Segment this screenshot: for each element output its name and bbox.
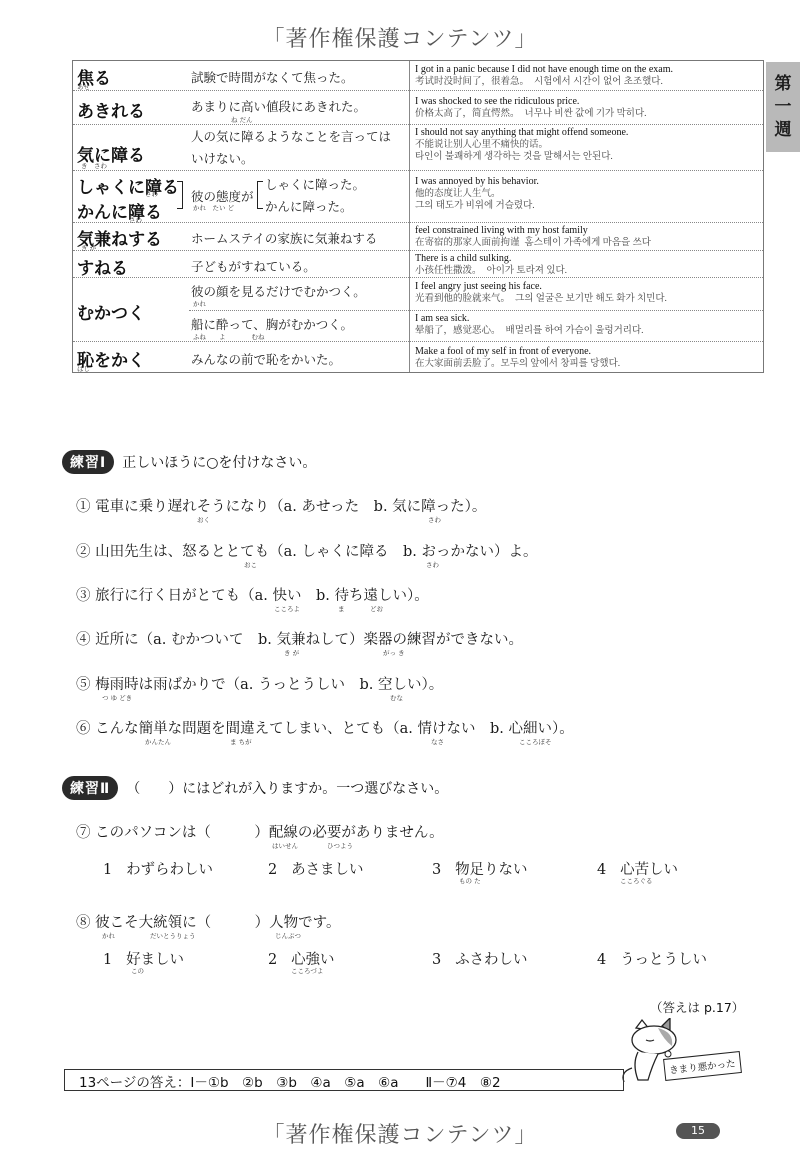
vocab-example-line1: 人の気に障るようなことを言っては (191, 127, 391, 145)
vocab-example: ホームステイの家族に気兼ねする (191, 229, 377, 247)
exercise2-header: 練習Ⅱ （ ）にはどれが入りますか。一つ選びなさい。 (62, 776, 448, 800)
vocab-row: 気に障る き さわ 人の気に障るようなことを言っては いけない。 I shoul… (73, 125, 763, 171)
vocab-row: むかつく 彼の顔を見るだけでむかつく。 かれ I feel angry just… (73, 278, 763, 342)
exercise1-instruction: 正しいほうに○を付けなさい。 (122, 452, 316, 472)
vocab-translation: I should not say anything that might off… (415, 127, 628, 163)
week-tab: 第 一 週 (766, 62, 800, 152)
vocab-translation: I am sea sick. 晕船了，感觉恶心。 배멀리를 하여 가슴이 울렁거… (415, 313, 644, 337)
translation-ko: 너무나 비싼 값에 기가 막히다. (525, 109, 647, 119)
ruby: がっ き (383, 648, 405, 657)
ruby: さわ (426, 560, 439, 569)
exercise2-instruction: （ ）にはどれが入りますか。一つ選びなさい。 (126, 778, 448, 798)
translation-zh: 考试时没时间了，很着急。 (415, 77, 529, 87)
ruby: じんぶつ (275, 931, 301, 940)
translation-en: There is a child sulking. (415, 253, 567, 265)
ruby: なさ (431, 737, 444, 746)
ruby: むな (390, 693, 403, 702)
example-ruby: ね だん (231, 115, 253, 124)
vocab-example: あまりに高い値段にあきれた。 (191, 97, 366, 115)
option-7-1[interactable]: 1 わずらわしい (103, 858, 213, 879)
question-number: ③ (76, 588, 91, 604)
vocab-row: すねる 子どもがすねている。 There is a child sulking.… (73, 251, 763, 278)
exercise1-header: 練習Ⅰ 正しいほうに○を付けなさい。 (62, 450, 316, 474)
question-text[interactable]: 山田先生は、怒るととても（a. しゃくに障る b. おっかない）よ。 (95, 544, 537, 560)
question-3: ③ 旅行に行く日がとても（a. 快い b. 待ち遠しい）。 こころよ ま どお (76, 584, 429, 605)
option-number: 2 (268, 952, 277, 968)
vocab-term: あきれる (77, 97, 145, 122)
option-number: 1 (103, 862, 112, 878)
vocab-example: 船に酔って、胸がむかつく。 (191, 315, 353, 333)
ruby: さわ (428, 515, 441, 524)
example-ruby: かれ たい ど (193, 203, 234, 212)
translation-ko: 그의 태도가 비위에 거슬렸다. (415, 200, 539, 212)
vocab-translation: I got in a panic because I did not have … (415, 64, 673, 88)
vocab-example: 子どもがすねている。 (191, 257, 316, 275)
example-ruby: ふね よ むね (193, 332, 265, 341)
vocab-row: 気兼ねする き が ホームステイの家族に気兼ねする feel constrain… (73, 223, 763, 251)
vocab-row: しゃくに障る さわ かんに障る さわ 彼の態度が かれ たい ど しゃくに障った… (73, 171, 763, 223)
translation-ko: 배멀리를 하여 가슴이 울렁거리다. (506, 326, 644, 336)
exercise2-badge: 練習Ⅱ (62, 776, 118, 800)
term-ruby: き さわ (81, 161, 107, 170)
question-number: ② (76, 544, 91, 560)
translation-en: I got in a panic because I did not have … (415, 64, 673, 76)
translation-ko: 그의 얼굴은 보기만 해도 화가 치민다. (515, 294, 667, 304)
translation-zh: 他的态度让人生气。 (415, 188, 539, 200)
question-text[interactable]: 梅雨時は雨ばかりで（a. うっとうしい b. 空しい）。 (95, 677, 443, 693)
translation-ko: 시험에서 시간이 없어 초조했다. (534, 77, 663, 87)
translation-ko: 홈스테이 가족에게 마음을 쓰다 (525, 238, 651, 248)
question-number: ⑦ (76, 825, 91, 841)
translation-ko: 타인이 불쾌하게 생각하는 것을 말해서는 안된다. (415, 151, 628, 163)
option-ruby: もの た (459, 876, 481, 885)
translation-en: feel constrained living with my host fam… (415, 225, 651, 237)
term-ruby: あせ (77, 82, 90, 91)
bracket-right (177, 181, 183, 209)
option-number: 3 (432, 862, 441, 878)
question-4: ④ 近所に（a. むかついて b. 気兼ねして）楽器の練習ができない。 き が … (76, 628, 523, 649)
vocab-translation: I was annoyed by his behavior. 他的态度让人生气。… (415, 176, 539, 212)
ruby: どお (370, 604, 383, 613)
translation-ko: 아이가 토라져 있다. (487, 266, 568, 276)
option-8-4[interactable]: 4 うっとうしい (597, 948, 707, 969)
vocab-row: あきれる あまりに高い値段にあきれた。 ね だん I was shocked t… (73, 91, 763, 125)
translation-zh: 价格太高了，简直愕然。 (415, 109, 520, 119)
vocab-example-b: かんに障った。 (265, 197, 353, 215)
week-tab-char: 一 (775, 97, 792, 118)
option-ruby: こころづよ (291, 966, 323, 975)
question-6: ⑥ こんな簡単な問題を間違えてしまい、とても（a. 情けない b. 心細い）。 … (76, 717, 574, 738)
vocab-row: 恥をかく はじ みんなの前で恥をかいた。 Make a fool of my s… (73, 342, 763, 373)
question-number: ① (76, 499, 91, 515)
option-number: 3 (432, 952, 441, 968)
ruby: ま ちが (230, 737, 252, 746)
ruby: き が (284, 648, 299, 657)
translation-ko: 모두의 앞에서 창피를 당했다. (501, 359, 621, 369)
vocab-example-line2: いけない。 (191, 149, 254, 167)
ruby: おく (197, 515, 210, 524)
vocab-term: かんに障る (77, 198, 162, 223)
option-label: あさましい (291, 862, 364, 878)
exercise1-badge: 練習Ⅰ (62, 450, 114, 474)
question-2: ② 山田先生は、怒るととても（a. しゃくに障る b. おっかない）よ。 おこ … (76, 540, 537, 561)
question-text[interactable]: 近所に（a. むかついて b. 気兼ねして）楽器の練習ができない。 (95, 632, 523, 648)
question-number: ⑧ (76, 915, 91, 931)
option-number: 4 (597, 952, 606, 968)
question-text[interactable]: こんな簡単な問題を間違えてしまい、とても（a. 情けない b. 心細い）。 (95, 721, 574, 737)
vocab-translation: I was shocked to see the ridiculous pric… (415, 96, 647, 120)
translation-en: I was annoyed by his behavior. (415, 176, 539, 188)
week-tab-char: 週 (775, 120, 792, 141)
vocab-translation: Make a fool of my self in front of every… (415, 346, 620, 370)
option-label: わずらわしい (126, 862, 213, 878)
translation-en: I was shocked to see the ridiculous pric… (415, 96, 647, 108)
example-b-text: かんに障った。 (265, 199, 353, 214)
translation-zh: 不能说让别人心里不痛快的话。 (415, 139, 628, 151)
option-8-3[interactable]: 3 ふさわしい (432, 948, 528, 969)
watermark-top: 「著作権保護コンテンツ」 (0, 22, 800, 53)
term-ruby: さわ (145, 189, 158, 198)
vocab-term: すねる (77, 254, 128, 279)
ruby: ひつよう (327, 841, 353, 850)
option-number: 1 (103, 952, 112, 968)
vocab-example: 彼の顔を見るだけでむかつく。 (191, 282, 366, 300)
ruby: はいせん (272, 841, 298, 850)
page-number: 15 (676, 1123, 720, 1139)
term-ruby: はじ (77, 364, 90, 373)
ruby: つ ゆ どき (102, 693, 132, 702)
question-1: ① 電車に乗り遅れそうになり（a. あせった b. 気に障った）。 おく さわ (76, 495, 486, 516)
example-ruby: かれ (193, 299, 206, 308)
translation-en: I feel angry just seeing his face. (415, 281, 667, 293)
option-ruby: こころぐる (620, 876, 653, 885)
option-label: うっとうしい (620, 952, 707, 968)
question-text: このパソコンは（ ）配線の必要がありません。 (95, 825, 444, 841)
vocab-example: みんなの前で恥をかいた。 (191, 350, 341, 368)
translation-zh: 小孩任性撒泼。 (415, 266, 482, 276)
option-number: 4 (597, 862, 606, 878)
sub-row-divider (189, 310, 763, 311)
ruby: ま (338, 604, 345, 613)
translation-en: I am sea sick. (415, 313, 644, 325)
translation-zh: 光看到他的脸就来气。 (415, 294, 510, 304)
ruby: こころよ (274, 604, 300, 613)
question-number: ⑤ (76, 677, 91, 693)
question-text[interactable]: 旅行に行く日がとても（a. 快い b. 待ち遠しい）。 (95, 588, 429, 604)
ruby: こころぼそ (519, 737, 552, 746)
ruby: おこ (244, 560, 257, 569)
previous-page-answers: 13ページの答え：Ⅰ－①b ②b ③b ④a ⑤a ⑥a Ⅱ－⑦4 ⑧2 (64, 1069, 624, 1091)
translation-en: Make a fool of my self in front of every… (415, 346, 620, 358)
ruby: かれ (102, 931, 115, 940)
bracket-left (257, 181, 263, 209)
option-number: 2 (268, 862, 277, 878)
option-7-2[interactable]: 2 あさましい (268, 858, 364, 879)
vocab-row: 焦る あせ 試験で時間がなくて焦った。 I got in a panic bec… (73, 61, 763, 91)
vocab-term: むかつく (77, 299, 145, 324)
translation-zh: 在大家面前丢脸了。 (415, 359, 501, 369)
translation-zh: 晕船了，感觉恶心。 (415, 326, 501, 336)
week-tab-char: 第 (775, 74, 792, 95)
vocab-translation: feel constrained living with my host fam… (415, 225, 651, 249)
option-ruby: この (131, 966, 144, 975)
vocab-translation: There is a child sulking. 小孩任性撒泼。 아이가 토라… (415, 253, 567, 277)
option-label: ふさわしい (455, 952, 528, 968)
question-number: ⑥ (76, 721, 91, 737)
answer-reference: （答えは p.17） (650, 998, 744, 1016)
ruby: かんたん (145, 737, 171, 746)
question-text[interactable]: 電車に乗り遅れそうになり（a. あせった b. 気に障った）。 (95, 499, 486, 515)
translation-en: I should not say anything that might off… (415, 127, 628, 139)
vocab-table: 焦る あせ 試験で時間がなくて焦った。 I got in a panic bec… (72, 60, 764, 373)
example-a-text: しゃくに障った。 (265, 177, 365, 192)
vocab-term: しゃくに障る (77, 173, 179, 198)
ruby: だいとうりょう (150, 931, 196, 940)
question-5: ⑤ 梅雨時は雨ばかりで（a. うっとうしい b. 空しい）。 つ ゆ どき むな (76, 673, 443, 694)
question-8: ⑧ 彼こそ大統領に（ ）人物です。 かれ だいとうりょう じんぶつ (76, 911, 340, 932)
question-7: ⑦ このパソコンは（ ）配線の必要がありません。 はいせん ひつよう (76, 821, 444, 842)
question-text: 彼こそ大統領に（ ）人物です。 (95, 915, 340, 931)
vocab-example: 試験で時間がなくて焦った。 (191, 68, 354, 86)
vocab-example-a: しゃくに障った。 (265, 175, 365, 193)
vocab-translation: I feel angry just seeing his face. 光看到他的… (415, 281, 667, 305)
translation-zh: 在寄宿的那家人面前拘谨 (415, 238, 520, 248)
question-number: ④ (76, 632, 91, 648)
